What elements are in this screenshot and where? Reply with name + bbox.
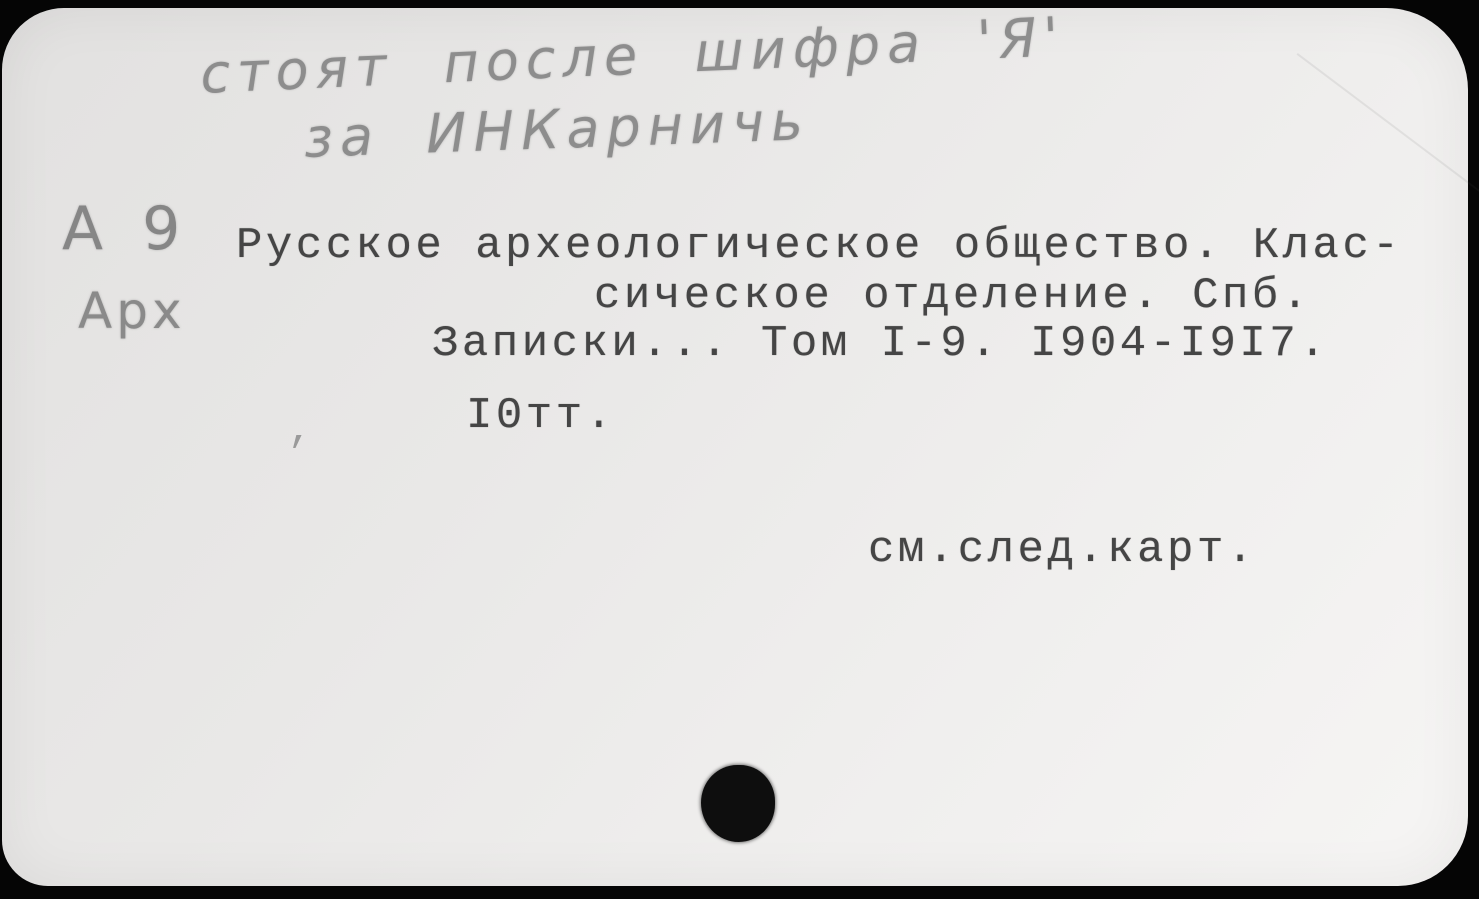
call-number-section-mark: Арх	[78, 282, 186, 340]
entry-heading-line3: Записки... Том I-9. I904-I9I7.	[432, 320, 1329, 368]
entry-volumes-note: I0тт.	[466, 392, 616, 440]
punch-hole	[701, 765, 775, 842]
catalog-card: стоят после шифра 'Я' за ИНКарничь А 9 А…	[2, 8, 1468, 886]
stray-mark: ,	[288, 408, 316, 456]
card-crease-line	[1297, 53, 1479, 205]
entry-heading-line2: сическое отделение. Спб.	[594, 272, 1312, 320]
entry-heading-line1: Русское археологическое общество. Клас-	[236, 222, 1402, 270]
see-next-card-note: см.след.карт.	[868, 526, 1257, 574]
handwritten-note-line1: стоят после шифра 'Я'	[199, 5, 1067, 106]
call-number-class-mark: А 9	[62, 194, 190, 264]
scan-background: стоят после шифра 'Я' за ИНКарничь А 9 А…	[0, 0, 1479, 899]
handwritten-note-line2: за ИНКарничь	[303, 89, 811, 170]
